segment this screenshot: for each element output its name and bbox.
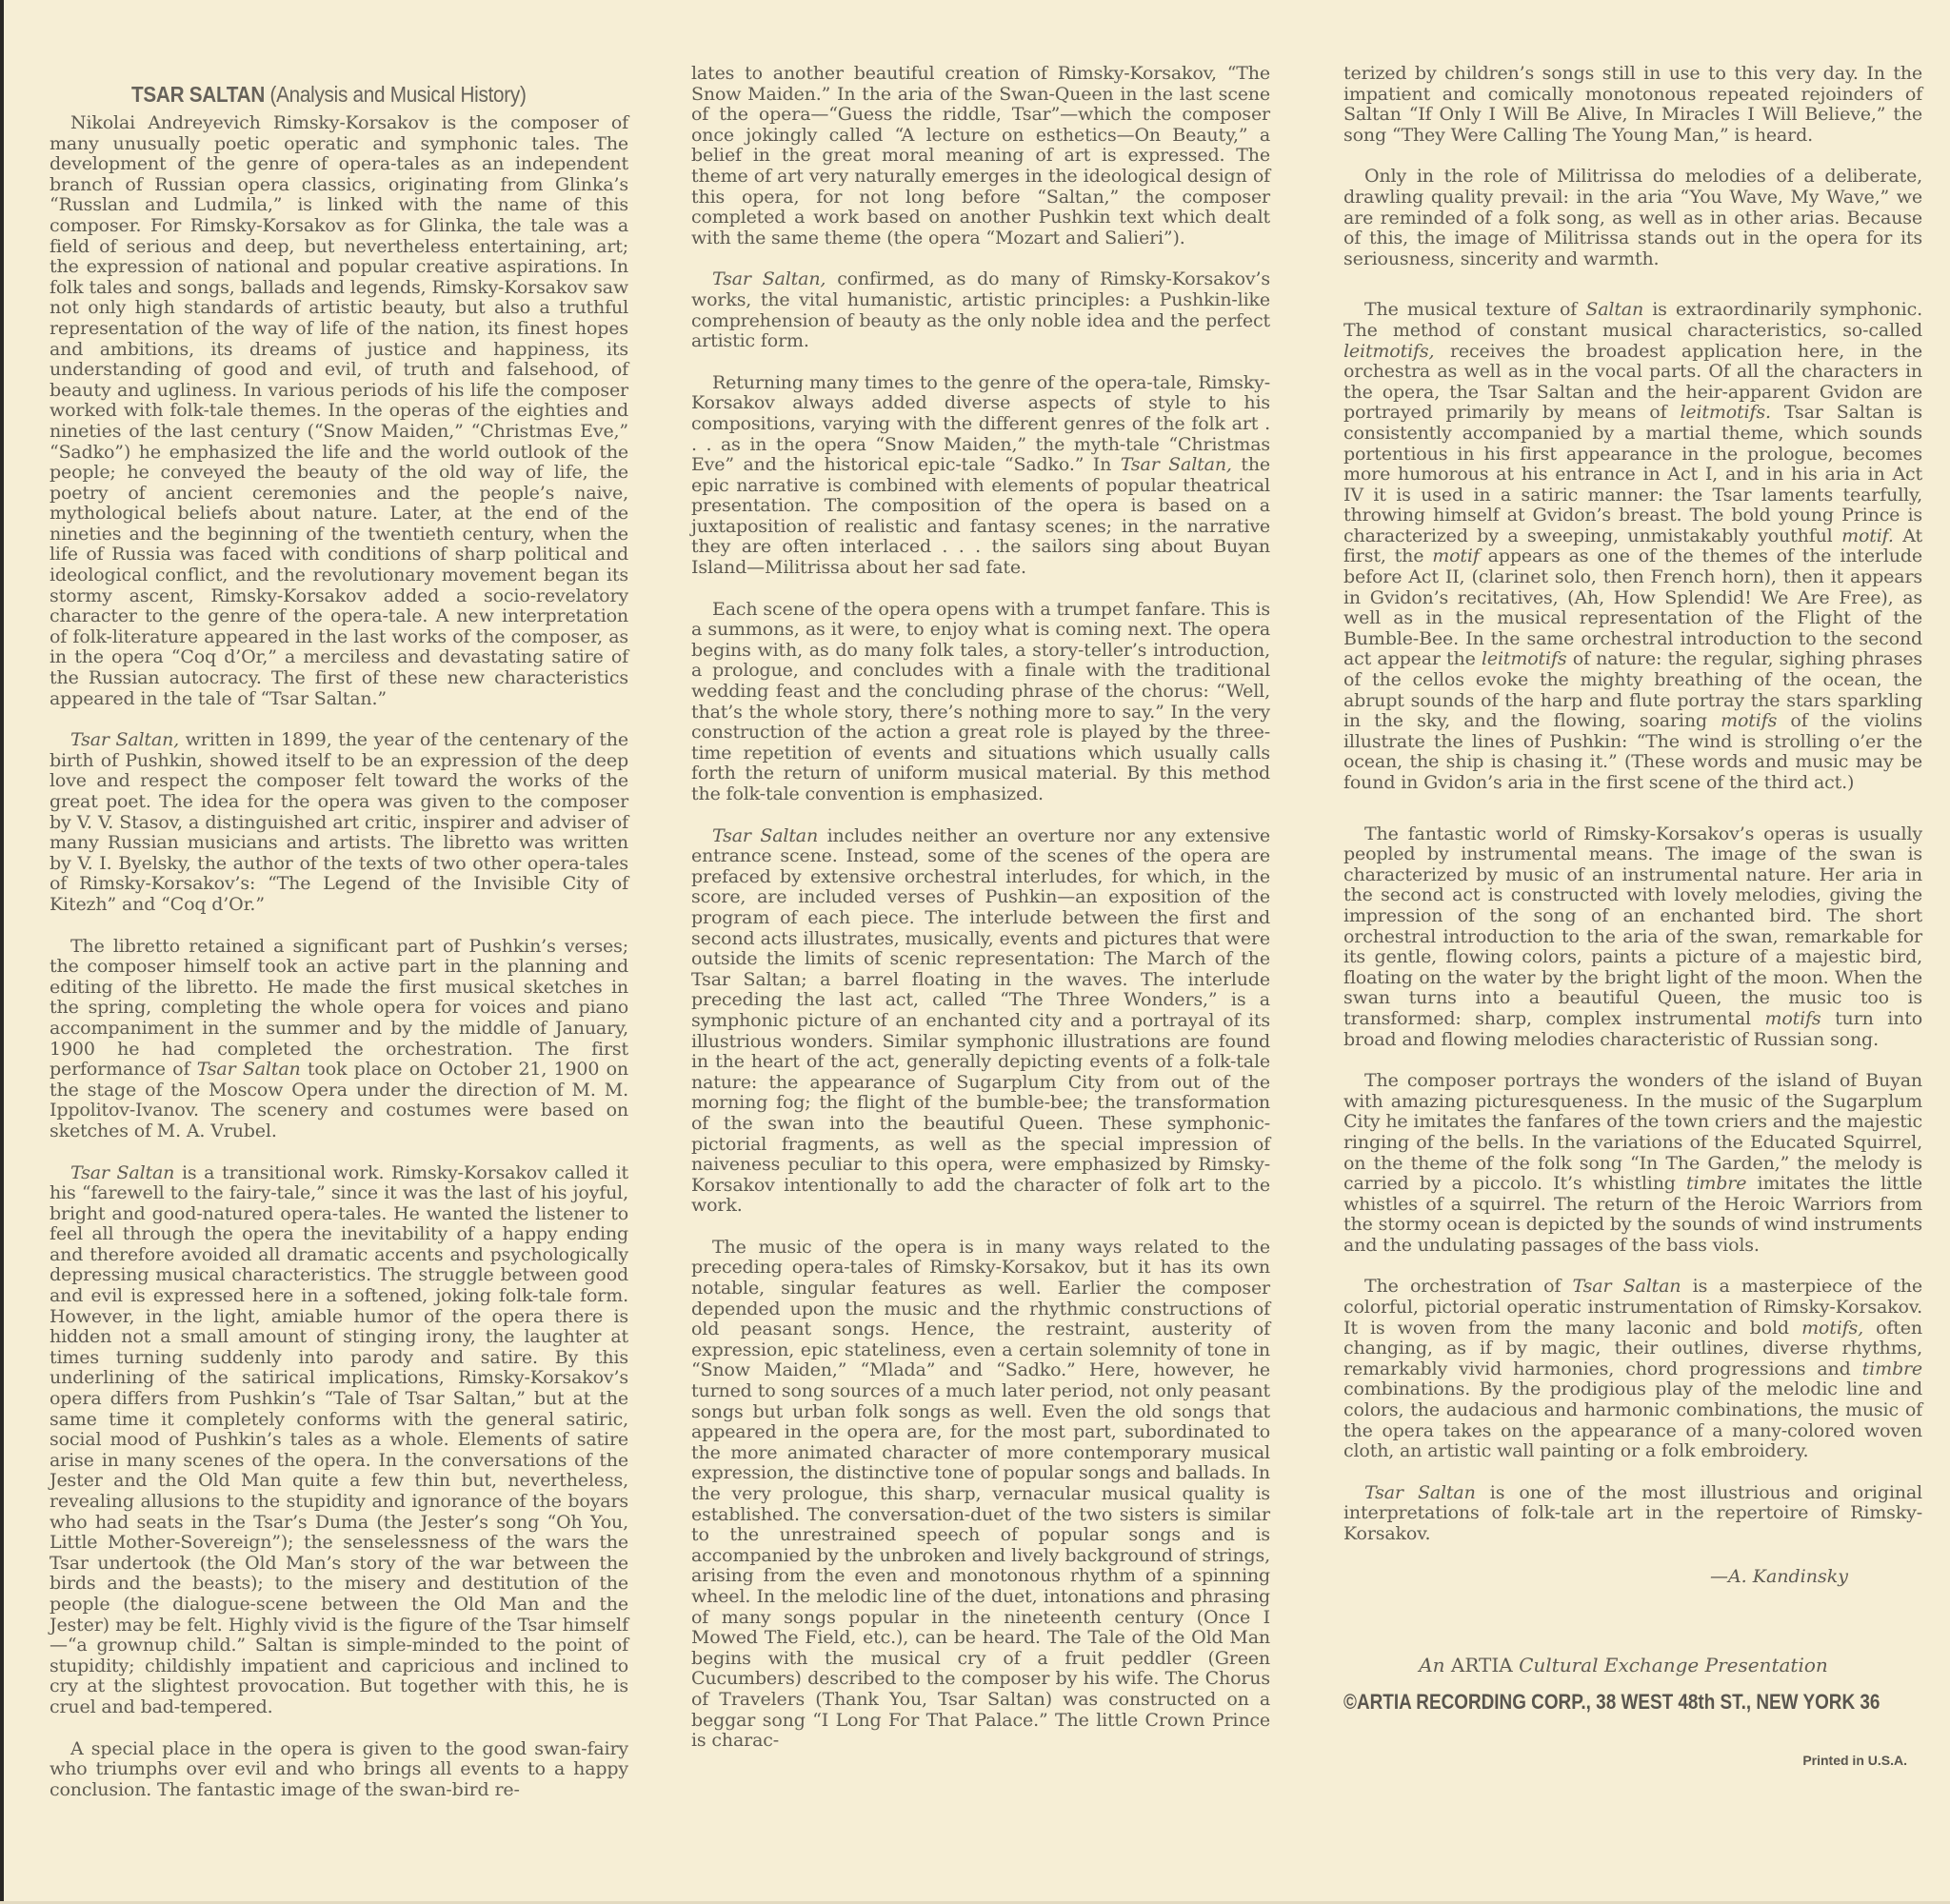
text: A special place in the opera is given to… <box>50 1738 628 1800</box>
text: Tsar Saltan is consistently accompanied … <box>1343 402 1922 546</box>
article-title-main: TSAR SALTAN <box>131 82 265 107</box>
text: The fantastic world of Rimsky-Korsakov’s… <box>1343 823 1922 1029</box>
italic-text: Tsar Saltan <box>1364 1482 1476 1503</box>
paragraph: Nikolai Andreyevich Rimsky-Korsakov is t… <box>50 113 628 709</box>
text: includes neither an overture nor any ext… <box>691 825 1270 1217</box>
paragraph: The music of the opera is in many ways r… <box>691 1238 1270 1752</box>
printed-in-notice: Printed in U.S.A. <box>1343 1753 1907 1768</box>
text: is a transitional work. Rimsky-Korsakov … <box>50 1162 628 1717</box>
text: terized by children’s songs still in use… <box>1343 63 1922 146</box>
text: combinations. By the prodigious play of … <box>1343 1378 1922 1461</box>
column-2: lates to another beautiful creation of R… <box>691 64 1270 1773</box>
italic-text: Tsar Saltan <box>197 1059 301 1080</box>
paragraph: Tsar Saltan is a transitional work. Rims… <box>50 1163 628 1718</box>
italic-text: Tsar Saltan <box>1573 1276 1681 1297</box>
author-signature: —A. Kandinsky <box>1343 1566 1848 1587</box>
page-left-edge <box>0 0 4 1904</box>
column-2-body: lates to another beautiful creation of R… <box>691 64 1270 1752</box>
paragraph: terized by children’s songs still in use… <box>1343 64 1922 146</box>
italic-text: Tsar Saltan <box>712 825 818 846</box>
paragraph: The composer portrays the wonders of the… <box>1343 1071 1922 1256</box>
paragraph: The orchestration of Tsar Saltan is a ma… <box>1343 1277 1922 1461</box>
paragraph: The fantastic world of Rimsky-Korsakov’s… <box>1343 824 1922 1051</box>
presentation-brand: ARTIA <box>1451 1654 1513 1676</box>
italic-text: leitmotifs, <box>1343 341 1434 362</box>
paragraph: lates to another beautiful creation of R… <box>691 64 1270 248</box>
text: Each scene of the opera opens with a tru… <box>691 599 1270 804</box>
text: lates to another beautiful creation of R… <box>691 63 1270 248</box>
italic-text: Tsar Saltan, <box>712 268 826 289</box>
paragraph: A special place in the opera is given to… <box>50 1739 628 1801</box>
column-1: TSAR SALTAN (Analysis and Musical Histor… <box>50 82 628 1821</box>
paragraph: Each scene of the opera opens with a tru… <box>691 600 1270 805</box>
text: The musical texture of <box>1364 299 1585 320</box>
italic-text: motifs <box>1721 710 1777 731</box>
italic-text: timbre <box>1862 1359 1922 1379</box>
article-title: TSAR SALTAN (Analysis and Musical Histor… <box>131 82 579 108</box>
column-1-body: Nikolai Andreyevich Rimsky-Korsakov is t… <box>50 113 628 1800</box>
paragraph: Only in the role of Militrissa do melodi… <box>1343 167 1922 269</box>
paragraph: Returning many times to the genre of the… <box>691 373 1270 579</box>
italic-text: Saltan <box>1585 299 1643 320</box>
italic-text: Tsar Saltan <box>70 1162 174 1183</box>
text: The orchestration of <box>1364 1276 1573 1297</box>
copyright-notice: ©ARTIA RECORDING CORP., 38 WEST 48th ST.… <box>1343 1690 1841 1715</box>
italic-text: Tsar Saltan, <box>70 729 179 750</box>
text: Nikolai Andreyevich Rimsky-Korsakov is t… <box>50 112 628 709</box>
paragraph: The musical texture of Saltan is extraor… <box>1343 300 1922 793</box>
article-title-subtitle: (Analysis and Musical History) <box>265 82 527 107</box>
paragraph: Tsar Saltan, confirmed, as do many of Ri… <box>691 269 1270 351</box>
italic-text: leitmotifs <box>1482 648 1566 669</box>
italic-text: Tsar Saltan, <box>1121 454 1232 475</box>
column-3-body: terized by children’s songs still in use… <box>1343 64 1922 1545</box>
text: Only in the role of Militrissa do melodi… <box>1343 166 1922 268</box>
paragraph: Tsar Saltan includes neither an overture… <box>691 826 1270 1217</box>
italic-text: motif <box>1432 545 1479 566</box>
italic-text: timbre <box>1686 1173 1746 1194</box>
presentation-suffix: Cultural Exchange Presentation <box>1513 1654 1828 1676</box>
italic-text: motifs, <box>1801 1318 1863 1339</box>
text: The music of the opera is in many ways r… <box>691 1237 1270 1751</box>
paragraph: Tsar Saltan, written in 1899, the year o… <box>50 730 628 915</box>
italic-text: motifs <box>1764 1008 1821 1029</box>
presentation-line: An ARTIA Cultural Exchange Presentation <box>1324 1654 1922 1676</box>
presentation-prefix: An <box>1419 1654 1451 1676</box>
italic-text: motif. <box>1841 526 1894 546</box>
italic-text: leitmotifs. <box>1680 402 1770 423</box>
text: written in 1899, the year of the centena… <box>50 729 628 915</box>
paragraph: The libretto retained a significant part… <box>50 937 628 1142</box>
column-3: terized by children’s songs still in use… <box>1343 64 1922 1768</box>
paragraph: Tsar Saltan is one of the most illustrio… <box>1343 1483 1922 1545</box>
